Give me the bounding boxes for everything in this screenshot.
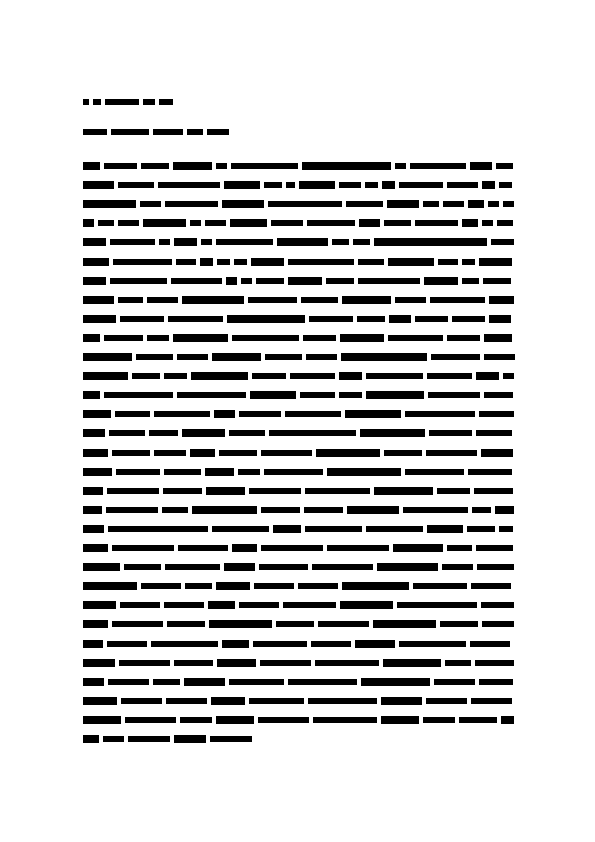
word-block [468, 200, 484, 208]
word-block [208, 601, 235, 609]
word-block [83, 620, 108, 628]
word-block [250, 391, 296, 399]
body-text-line [83, 582, 511, 590]
word-block [154, 411, 210, 417]
word-block [83, 258, 109, 266]
word-block [115, 411, 150, 417]
word-block [224, 181, 260, 189]
document-subheading [83, 128, 229, 136]
word-block [191, 372, 248, 380]
word-block [442, 564, 473, 570]
word-block [164, 469, 201, 475]
word-block [316, 449, 380, 457]
word-block [488, 201, 499, 207]
word-block [176, 259, 196, 265]
word-block [205, 468, 234, 476]
word-block [311, 641, 351, 647]
word-block [252, 373, 286, 379]
word-block [216, 582, 250, 590]
word-block [107, 641, 147, 647]
word-block [426, 698, 467, 704]
word-block [481, 449, 513, 457]
word-block [83, 525, 104, 533]
word-block [415, 316, 448, 322]
word-block [121, 698, 162, 704]
word-block [173, 162, 212, 170]
word-block [475, 660, 514, 666]
word-block [359, 219, 380, 227]
body-text-line [83, 238, 514, 246]
word-block [104, 392, 173, 398]
word-block [426, 450, 477, 456]
word-block [216, 239, 273, 245]
word-block [395, 297, 426, 303]
body-text-line [83, 735, 252, 743]
body-text-line [83, 601, 514, 609]
word-block [484, 392, 513, 398]
word-block [229, 430, 265, 436]
word-block [427, 525, 463, 533]
word-block [353, 239, 370, 245]
body-text-line [83, 334, 512, 342]
word-block [312, 564, 373, 570]
word-block [299, 181, 335, 189]
word-block [327, 468, 401, 476]
word-block [83, 449, 108, 457]
word-block [173, 334, 228, 342]
word-block [308, 698, 377, 704]
word-block [462, 219, 478, 227]
word-block [366, 526, 423, 532]
word-block [347, 506, 399, 514]
word-block [503, 201, 514, 207]
word-block [112, 621, 163, 627]
word-block [120, 602, 160, 608]
word-block [83, 181, 114, 189]
word-block [217, 259, 230, 265]
word-block [174, 238, 197, 246]
word-block [399, 182, 443, 188]
word-block [479, 258, 512, 266]
word-block [503, 373, 514, 379]
word-block [496, 163, 513, 169]
word-block [342, 582, 409, 590]
word-block [499, 182, 512, 188]
word-block [273, 525, 301, 533]
body-text-line [83, 315, 511, 323]
word-block [495, 506, 514, 514]
word-block [143, 219, 186, 227]
word-block [384, 450, 422, 456]
word-block [474, 488, 513, 494]
word-block [154, 450, 186, 456]
word-block [119, 660, 170, 666]
word-block [253, 641, 307, 647]
word-block [265, 354, 302, 360]
word-block [277, 238, 328, 246]
word-block [108, 526, 208, 532]
word-block [241, 278, 252, 284]
word-block [373, 620, 436, 628]
word-block [285, 411, 341, 417]
word-block [83, 334, 100, 342]
word-block [440, 621, 478, 627]
word-block [216, 716, 254, 724]
word-block [315, 660, 379, 666]
word-block [301, 297, 338, 303]
word-block [83, 640, 103, 648]
body-text-line [83, 372, 514, 380]
word-block [286, 182, 295, 188]
word-block [83, 391, 100, 399]
word-block [355, 640, 395, 648]
word-block [212, 526, 269, 532]
word-block [424, 277, 458, 285]
word-block [83, 582, 137, 590]
body-text-line [83, 410, 514, 418]
word-block [357, 316, 385, 322]
word-block [430, 297, 485, 303]
word-block [83, 716, 121, 724]
word-block [403, 507, 468, 513]
word-block [459, 717, 497, 723]
word-block [106, 507, 158, 513]
word-block [472, 507, 491, 513]
word-block [224, 563, 255, 571]
word-block [259, 564, 308, 570]
word-block [327, 545, 389, 551]
word-block [405, 411, 475, 417]
word-block [288, 259, 354, 265]
word-block [383, 659, 441, 667]
word-block [83, 296, 114, 304]
word-block [239, 602, 279, 608]
word-block [248, 297, 297, 303]
word-block [201, 239, 212, 245]
word-block [212, 353, 261, 361]
word-block [346, 201, 383, 207]
word-block [477, 564, 514, 570]
word-block [415, 220, 458, 226]
word-block [304, 507, 343, 513]
word-block [501, 716, 514, 724]
word-block [467, 526, 495, 532]
word-block [107, 488, 159, 494]
word-block [479, 411, 514, 417]
word-block [83, 563, 120, 571]
word-block [141, 583, 181, 589]
word-block [83, 544, 108, 552]
word-block [339, 182, 361, 188]
word-block [83, 353, 132, 361]
word-block [389, 315, 411, 323]
body-text-line [83, 716, 514, 724]
word-block [190, 220, 201, 226]
word-block [83, 487, 103, 495]
word-block [382, 181, 395, 189]
word-block [206, 487, 245, 495]
body-text-line [83, 277, 511, 285]
word-block [140, 201, 161, 207]
word-block [339, 392, 362, 398]
word-block [482, 220, 493, 226]
word-block [83, 219, 94, 227]
word-block [124, 564, 161, 570]
word-block [211, 697, 245, 705]
word-block [447, 182, 478, 188]
word-block [269, 430, 356, 436]
word-block [288, 679, 357, 685]
word-block [83, 372, 128, 380]
word-block [483, 278, 511, 284]
word-block [361, 678, 430, 686]
body-text-line [83, 219, 513, 227]
word-block [222, 640, 249, 648]
body-text-line [83, 525, 513, 533]
word-block [271, 220, 303, 226]
word-block [163, 488, 202, 494]
body-text-line [83, 391, 513, 399]
word-block [249, 488, 301, 494]
word-block [332, 239, 349, 245]
word-block [397, 602, 477, 608]
word-block [484, 334, 512, 342]
word-block [168, 316, 223, 322]
word-block [340, 601, 393, 609]
word-block [399, 641, 466, 647]
word-block [227, 315, 305, 323]
word-block [219, 450, 257, 456]
body-text-line [83, 563, 514, 571]
word-block [222, 200, 264, 208]
word-block [177, 392, 246, 398]
body-text-line [83, 429, 512, 437]
word-block [83, 162, 100, 170]
word-block [120, 316, 164, 322]
word-block [445, 660, 471, 666]
word-block [141, 163, 169, 169]
word-block [476, 430, 512, 436]
word-block [462, 259, 475, 265]
word-block [118, 220, 139, 226]
word-block [256, 278, 284, 284]
word-block [276, 621, 314, 627]
word-block [190, 449, 215, 457]
word-block [118, 182, 154, 188]
word-block [290, 373, 335, 379]
word-block [185, 583, 212, 589]
body-text-line [83, 659, 514, 667]
word-block [171, 278, 222, 284]
word-block [178, 545, 228, 551]
word-block [162, 507, 188, 513]
word-block [184, 678, 225, 686]
word-block [104, 163, 137, 169]
word-block [470, 162, 492, 170]
word-block [128, 736, 170, 742]
word-block [239, 411, 281, 417]
body-text-line [83, 678, 513, 686]
word-block [149, 430, 178, 436]
word-block [98, 220, 114, 226]
word-block [118, 297, 143, 303]
word-block [264, 469, 323, 475]
word-block [366, 391, 424, 399]
word-block [200, 258, 213, 266]
word-block [136, 354, 173, 360]
word-block [482, 181, 495, 189]
word-block [429, 430, 472, 436]
word-block [83, 601, 116, 609]
word-block [232, 335, 299, 341]
word-block [479, 679, 513, 685]
word-block [260, 660, 311, 666]
word-block [216, 163, 227, 169]
word-block [147, 297, 178, 303]
word-block [452, 316, 485, 322]
word-block [302, 162, 391, 170]
word-block [229, 679, 284, 685]
word-block [341, 353, 427, 361]
word-block [83, 238, 106, 246]
word-block [209, 620, 272, 628]
word-block [182, 429, 225, 437]
word-block [431, 354, 480, 360]
body-text-line [83, 200, 514, 208]
word-block [481, 602, 514, 608]
word-block [381, 716, 419, 724]
word-block [83, 468, 112, 476]
word-block [313, 717, 377, 723]
word-block [366, 373, 423, 379]
word-block [482, 621, 514, 627]
word-block [103, 736, 124, 742]
word-block [306, 354, 337, 360]
word-block [112, 545, 174, 551]
word-block [158, 182, 220, 188]
word-block [226, 277, 237, 285]
word-block [342, 296, 391, 304]
word-block [205, 220, 226, 226]
word-block [374, 238, 487, 246]
word-block [83, 429, 105, 437]
word-block [83, 277, 106, 285]
word-block [434, 679, 475, 685]
word-block [249, 698, 304, 704]
word-block [374, 487, 433, 495]
body-text-line [83, 640, 510, 648]
word-block [384, 220, 411, 226]
word-block [365, 182, 378, 188]
word-block [83, 410, 111, 418]
word-block [300, 392, 335, 398]
word-block [109, 430, 145, 436]
word-block [298, 583, 338, 589]
word-block [340, 334, 384, 342]
word-block [167, 621, 205, 627]
word-block [437, 488, 470, 494]
word-block [104, 335, 143, 341]
word-block [83, 697, 117, 705]
body-text-line [83, 620, 514, 628]
word-block [499, 526, 513, 532]
word-block [116, 469, 160, 475]
word-block [234, 259, 247, 265]
word-block [182, 296, 244, 304]
word-block [166, 698, 207, 704]
word-block [345, 410, 401, 418]
word-block [476, 372, 499, 380]
word-block [165, 564, 220, 570]
word-block [476, 545, 513, 551]
word-block [497, 220, 513, 226]
word-block [159, 239, 170, 245]
word-block [393, 544, 443, 552]
word-block [309, 316, 353, 322]
body-text-line [83, 487, 513, 495]
word-block [395, 163, 406, 169]
word-block [164, 602, 204, 608]
word-block [83, 678, 104, 686]
body-text-line [83, 506, 514, 514]
word-block [180, 717, 212, 723]
word-block [288, 277, 322, 285]
word-block [261, 545, 323, 551]
word-block [283, 602, 336, 608]
body-text-line [83, 449, 513, 457]
word-block [268, 201, 342, 207]
word-block [358, 259, 384, 265]
word-block [261, 450, 312, 456]
word-block [423, 201, 439, 207]
word-block [339, 372, 362, 380]
word-block [232, 544, 257, 552]
word-block [305, 488, 370, 494]
word-block [489, 315, 511, 323]
word-block [410, 163, 466, 169]
word-block [428, 392, 480, 398]
word-block [210, 736, 252, 742]
word-block [443, 201, 464, 207]
body-text-line [83, 697, 512, 705]
word-block [381, 697, 422, 705]
word-block [192, 506, 257, 514]
body-text-line [83, 296, 514, 304]
word-block [405, 469, 464, 475]
word-block [303, 335, 336, 341]
word-block [358, 278, 420, 284]
word-block [251, 258, 284, 266]
word-block [360, 429, 425, 437]
word-block [326, 278, 354, 284]
word-block [153, 679, 180, 685]
word-block [125, 717, 176, 723]
word-block [254, 583, 294, 589]
word-block [112, 450, 150, 456]
word-block [305, 526, 362, 532]
word-block [83, 506, 102, 514]
word-block [491, 239, 514, 245]
word-block [462, 278, 479, 284]
body-text-line [83, 544, 513, 552]
word-block [147, 335, 169, 341]
document-heading [83, 98, 173, 106]
word-block [113, 259, 172, 265]
word-block [174, 735, 206, 743]
word-block [447, 545, 472, 551]
word-block [110, 239, 155, 245]
word-block [489, 296, 514, 304]
